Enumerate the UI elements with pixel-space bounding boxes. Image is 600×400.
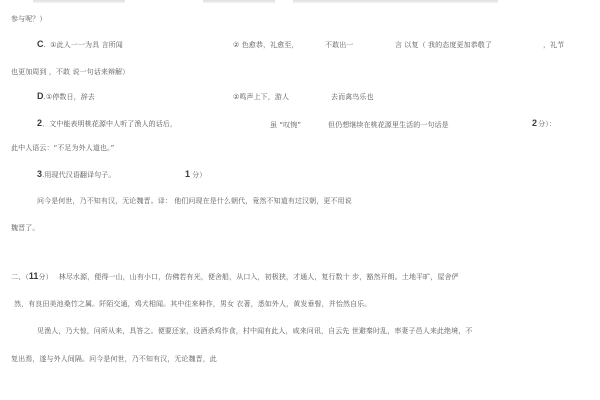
cut-off-text-line [203,0,275,3]
question-3-score: 1分） [185,170,206,180]
question-2-score-text: 分）： [538,120,556,128]
option-c-sep: . [44,41,46,49]
option-d-label: D [37,91,44,101]
option-c-continuation: 也更加周到 ，不敢 说一句话来辩解） [11,68,129,77]
section-two-heading-suffix: 分） [39,273,53,281]
question-2-text-b: 虽 “叹惋” [270,121,301,130]
question-3-score-number: 1 [185,169,190,179]
question-2-answer: 此中人语云：“不足为外人道也。” [11,144,114,153]
option-d-part2: ②鸣声上下，游人 [233,93,289,102]
question-3-answer-line1: 问今是何世，乃不知有汉，无论魏晋。译： 他们问现在是什么朝代，竟然不知道有过汉朝… [37,197,352,206]
option-c-label: C [37,39,44,49]
cut-off-text-line [33,0,125,3]
section-two-points: 11 [29,271,39,281]
question-2-score-number: 2 [532,118,537,128]
cut-off-text-line [293,0,498,3]
document-page: 参与呢？） C. ①此人一一为具 言所闻 ② 色愈恭，礼愈至， 不敢出一 言 以… [0,0,600,400]
section-two-line3: 见渔人，乃大惊，问所从来，具答之。便要还家，设酒杀鸡作食，村中闻有此人，咸来问讯… [37,327,472,336]
question-2-text-c: 但仍想继续在桃花源里生活的一句话是 [328,121,449,130]
option-c-part2: ② 色愈恭，礼愈至， [233,41,299,50]
question-2-prompt: 2．文中能表明桃花源中人听了渔人的话后， [37,119,177,129]
section-two-line4: 复出焉，遂与外人间隔。问今是何世，乃不知有汉，无论魏晋，此 [11,355,217,364]
option-c-part1: ①此人一一为具 言所闻 [50,41,123,49]
continued-text: 参与呢？） [11,15,47,24]
section-two-line1: 二、（11分）林尽水源，便得一山，山有小口，仿佛若有光，便舍船，从口入，初极狭，… [11,272,459,282]
question-3-answer-line2: 魏晋了。 [11,224,39,233]
question-2-text-a: ．文中能表明桃花源中人听了渔人的话后， [42,120,177,128]
question-3-prompt: 3.用现代汉语翻译句子。 [37,170,115,180]
option-c-part4: 言 以复（ 我的态度更加恭敬了 [395,41,492,50]
option-d-line: D.①停数日，辞去 [37,92,95,102]
question-2-score: 2分）： [532,119,556,129]
option-c-part3: 不敢出一 [325,41,353,50]
option-d-part1: ①停数日，辞去 [46,93,95,101]
section-two-line2: 然，有良田美池桑竹之属。阡陌交通，鸡犬相闻。其中往来种作，男女 衣著，悉如外人，… [14,300,371,309]
option-d-part3: 去而禽鸟乐也 [331,93,374,102]
section-two-text-line1: 林尽水源，便得一山，山有小口，仿佛若有光，便舍船，从口入，初极狭，才通人，复行数… [59,273,459,281]
option-c-line: C. ①此人一一为具 言所闻 [37,40,123,50]
question-3-score-text: 分） [192,171,206,179]
section-two-heading-prefix: 二、（ [11,273,29,281]
option-c-part5: ，礼节 [543,41,564,50]
question-3-text-a: .用现代汉语翻译句子。 [42,171,115,179]
